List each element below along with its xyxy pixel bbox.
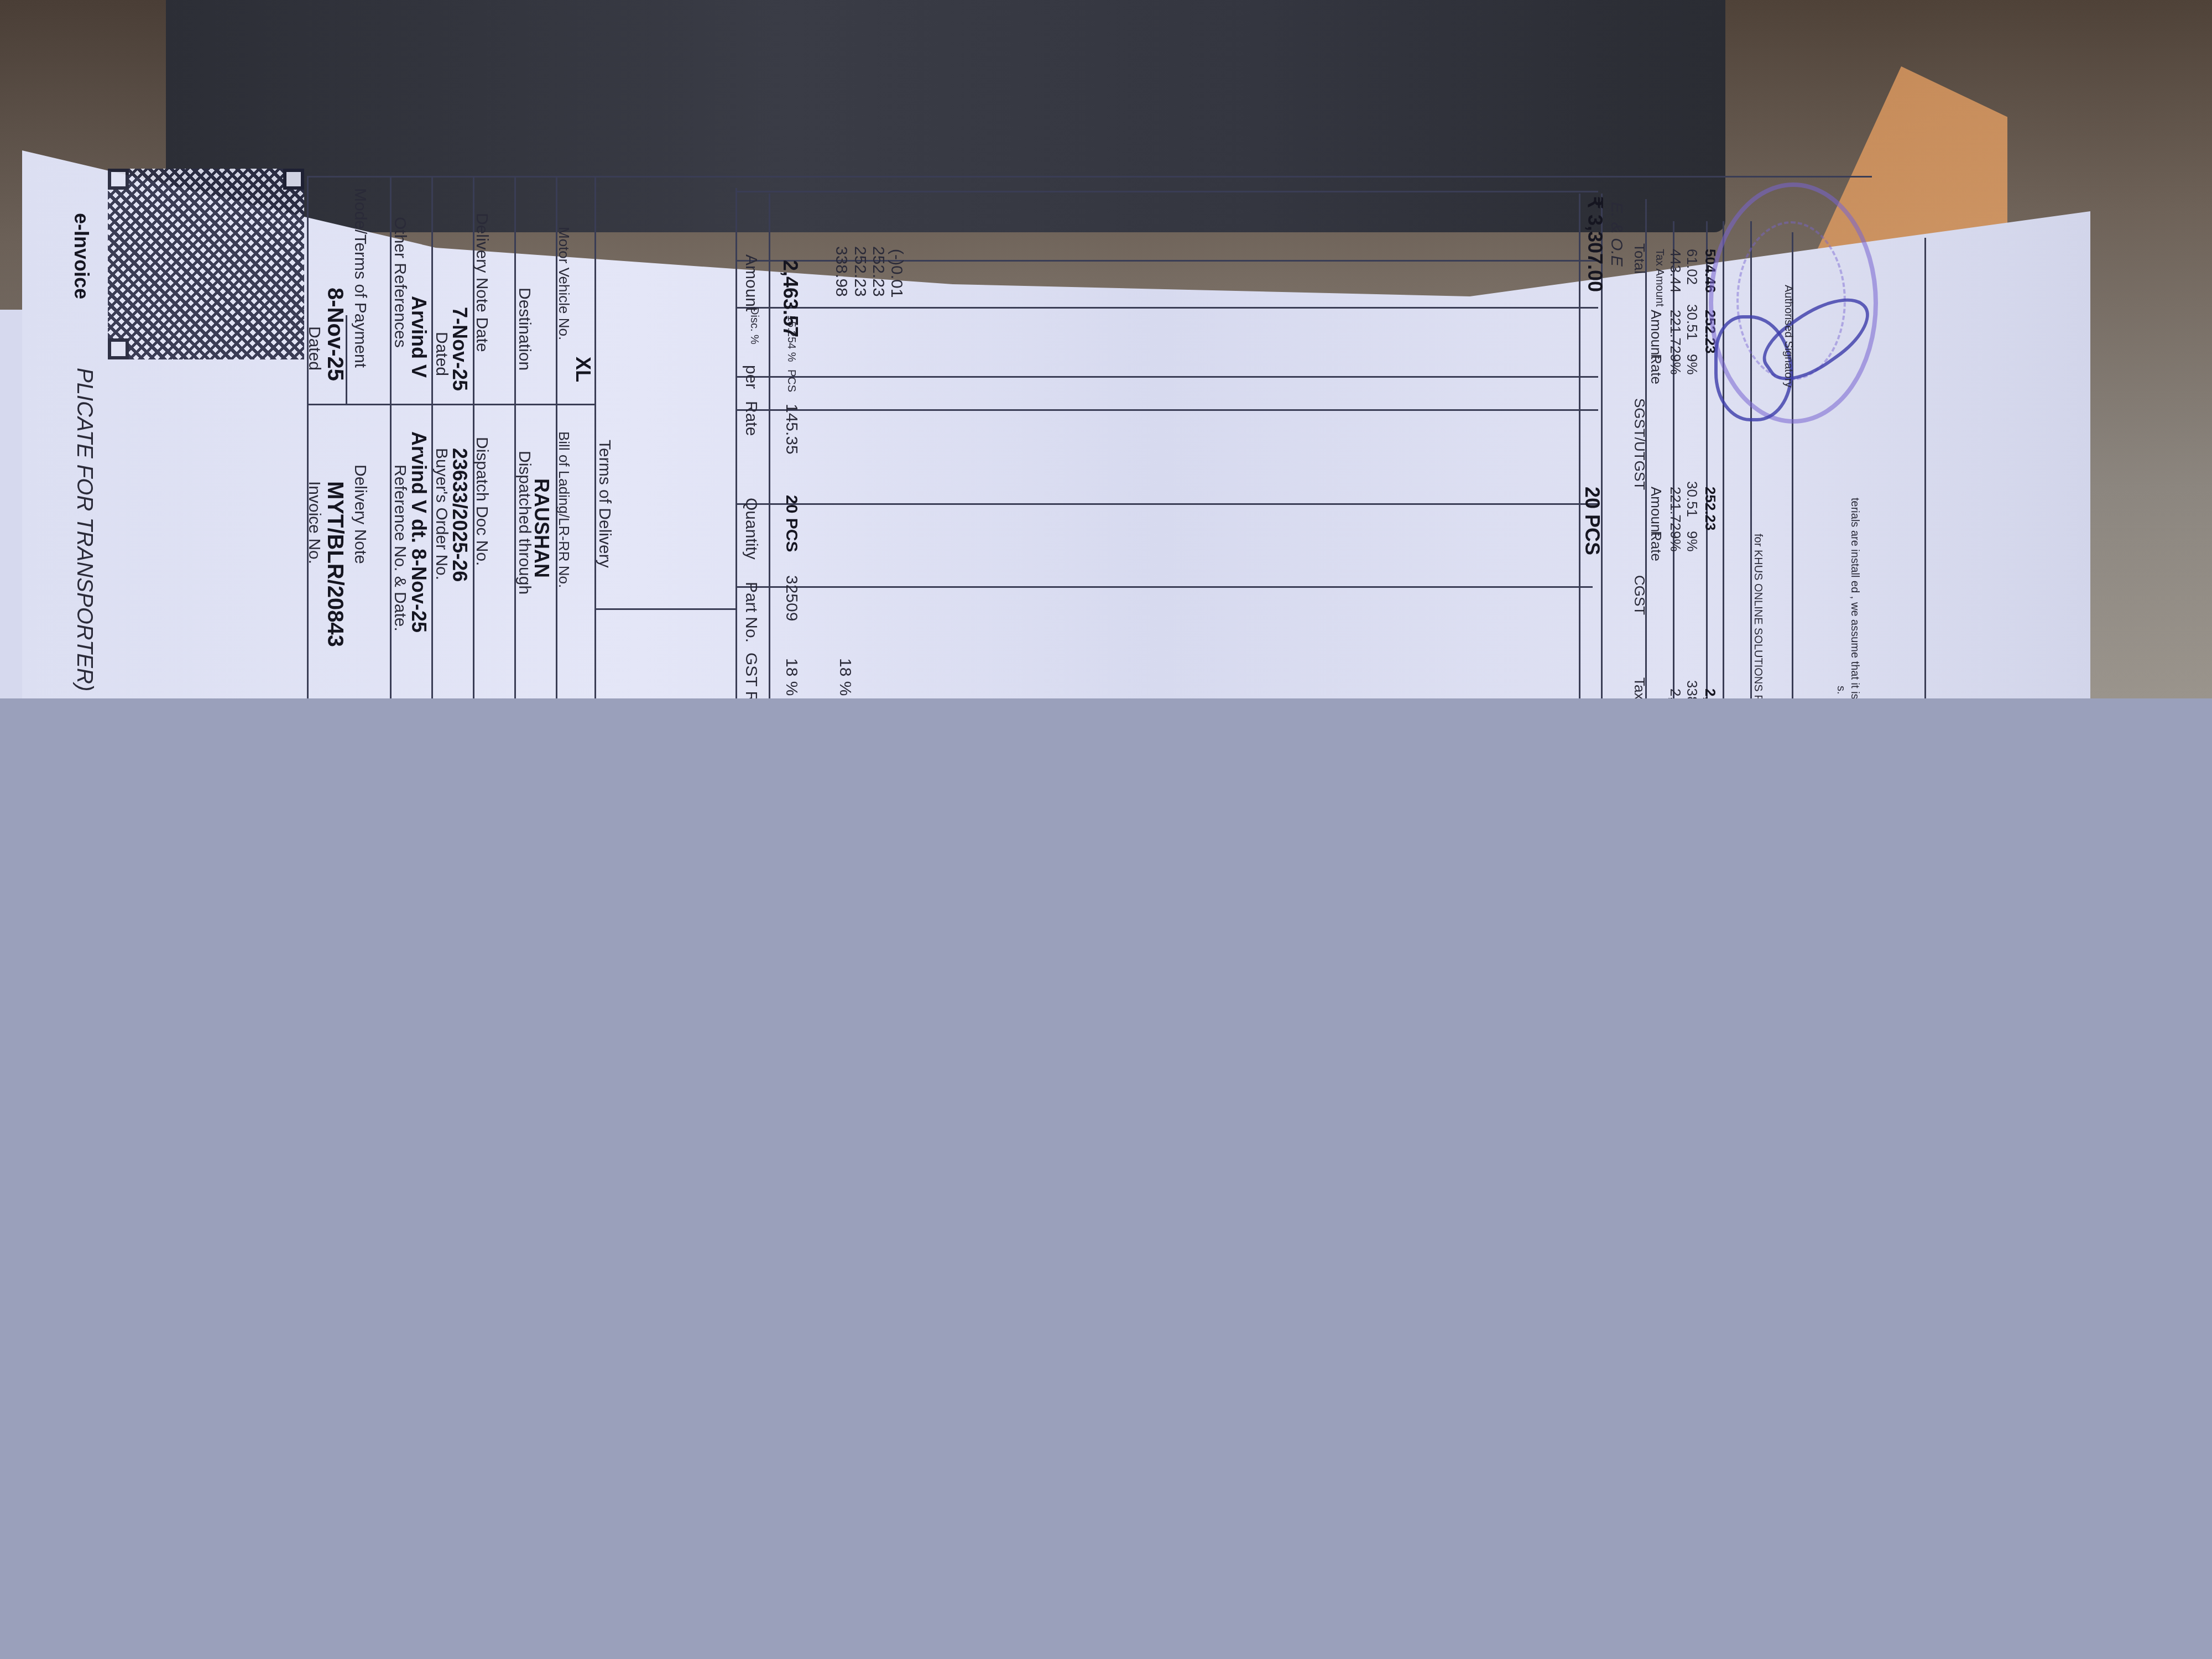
qr-finder-icon <box>283 169 304 190</box>
reference-value: Arvind V dt. 8-Nov-25 <box>407 431 430 633</box>
tax-header-sgst-amount: Amount <box>1647 310 1665 359</box>
col-header-gst-rate: GST Rate <box>742 653 760 698</box>
tax-header-sgst: SGST/UTGST <box>1631 398 1648 490</box>
tax-row1-total: 443.44 <box>1667 249 1684 293</box>
qr-finder-icon <box>108 338 129 359</box>
declaration-text: terials are install ed , we assume that … <box>1848 498 1861 698</box>
row1-rate: 145.35 <box>782 404 801 455</box>
field-label-dated: Dated <box>305 326 324 371</box>
photo: PLICATE FOR TRANSPORTER) e-Invoice Invoi… <box>0 0 2212 698</box>
eoe-label: E. & O.E <box>1607 202 1626 267</box>
row1-amount: 2,463.57 <box>779 260 802 337</box>
field-label-terms-of-delivery: Terms of Delivery <box>595 440 614 568</box>
col-header-per: per <box>742 365 760 389</box>
buyers-order-value: 23633/2025-26 <box>448 448 471 582</box>
grid-line <box>735 586 1593 588</box>
grid-line <box>307 177 309 698</box>
grid-line <box>594 177 596 698</box>
tax-row1-sgst-amount: 221.72 <box>1667 310 1684 354</box>
grid-line <box>769 194 770 698</box>
tax-row1-cgst-amount: 221.72 <box>1667 487 1684 531</box>
grid-line <box>735 191 1598 192</box>
invoice-date: 8-Nov-25 <box>322 288 347 381</box>
tax-row2-cgst-amount: 30.51 <box>1683 481 1700 517</box>
einvoice-label: e-Invoice <box>70 213 93 299</box>
tax-row2-taxable: 338.98 <box>1683 680 1700 698</box>
tax-row2-total: 61.02 <box>1683 249 1700 285</box>
grid-line <box>307 176 1872 178</box>
field-label-delivery-note: Delivery Note <box>351 465 369 564</box>
field-label-payment-terms: Mode/Terms of Payment <box>351 188 369 368</box>
grid-line <box>1924 238 1926 698</box>
signatory-company: for KHUS ONLINE SOLUTIONS PRIVATE LIMITE… <box>1751 534 1764 698</box>
tax-row2-sgst-amount: 30.51 <box>1683 304 1700 340</box>
declaration-prefix: s. <box>1834 686 1847 695</box>
row1-per: PCS <box>785 369 797 392</box>
col-header-rate: Rate <box>742 401 760 436</box>
grid-line <box>514 177 516 698</box>
qr-finder-icon <box>108 169 129 190</box>
tax-row1-cgst-rate: 9% <box>1667 531 1684 552</box>
other-references-value: Arvind V <box>407 296 430 378</box>
grid-line <box>735 409 1598 411</box>
col-header-amount: Amount <box>742 254 760 311</box>
grid-line <box>1579 194 1580 698</box>
dispatched-through-value: RAUSHAN <box>530 478 553 578</box>
grid-line <box>735 376 1598 378</box>
tax-header-taxable: Taxable Value <box>1631 677 1648 698</box>
col-header-disc: Disc. % <box>748 307 760 345</box>
col-header-part-no: Part No. <box>742 582 760 643</box>
field-label-other-references: Other References <box>390 217 409 348</box>
field-label-destination: Destination <box>515 288 534 371</box>
field-label-dispatch-doc: Dispatch Doc No. <box>472 437 491 566</box>
grid-line <box>594 608 735 610</box>
cgst-amount: 252.23 <box>851 246 869 297</box>
tax-row2-cgst-rate: 9% <box>1683 531 1700 552</box>
row1-gst-rate: 18 % <box>782 658 801 696</box>
total-amount: ₹ 3,307.00 <box>1583 196 1606 292</box>
field-label-bill-of-lading: Bill of Lading/LR-RR No. <box>555 431 572 588</box>
tax-row1-taxable: 2,463.57 <box>1667 688 1684 698</box>
tax-header-cgst-amount: Amount <box>1647 487 1665 536</box>
grid-line <box>735 307 1598 309</box>
tax-header-tax-amount: Tax Amount <box>1653 249 1666 307</box>
field-label-invoice-no: Invoice No. <box>305 481 324 564</box>
qr-code <box>108 169 304 359</box>
grid-line <box>735 503 1598 505</box>
tax-row1-sgst-rate: 9% <box>1667 354 1684 375</box>
order-date-value: 7-Nov-25 <box>448 307 471 391</box>
row2-gst-rate: 18 % <box>836 658 854 696</box>
copy-label: PLICATE FOR TRANSPORTER) <box>72 368 97 691</box>
tax-row2-sgst-rate: 9% <box>1683 354 1700 375</box>
tax-total-taxable: 2,802.55 <box>1702 688 1719 698</box>
tax-total-cgst: 252.23 <box>1702 487 1719 531</box>
row1-quantity: 20 PCS <box>782 495 801 552</box>
row1-part-no: 32509 <box>782 575 801 621</box>
tax-header-cgst: CGST <box>1631 575 1648 615</box>
signatory-label: Authorised Signatory <box>1782 285 1794 388</box>
grid-line <box>307 404 594 405</box>
round-off-amount: (-)0.01 <box>887 249 906 298</box>
grid-line <box>735 188 737 698</box>
row2-amount: 338.98 <box>832 246 851 297</box>
invoice-number: MYT/BLR/20843 <box>322 481 347 647</box>
col-header-quantity: Quantity <box>742 498 760 560</box>
total-quantity: 20 PCS <box>1580 487 1604 555</box>
blank-fill-area <box>0 698 2212 1659</box>
field-label-delivery-note-date: Delivery Note Date <box>472 213 491 352</box>
dark-board <box>166 0 1725 232</box>
field-label-motor-vehicle: Motor Vehicle No. <box>555 227 572 340</box>
motor-vehicle-value: XL <box>571 357 594 382</box>
field-label-reference: Reference No. & Date. <box>390 465 409 632</box>
tax-header-total: Total <box>1631 243 1648 274</box>
sgst-amount: 252.23 <box>869 246 888 297</box>
grid-line <box>431 177 433 698</box>
